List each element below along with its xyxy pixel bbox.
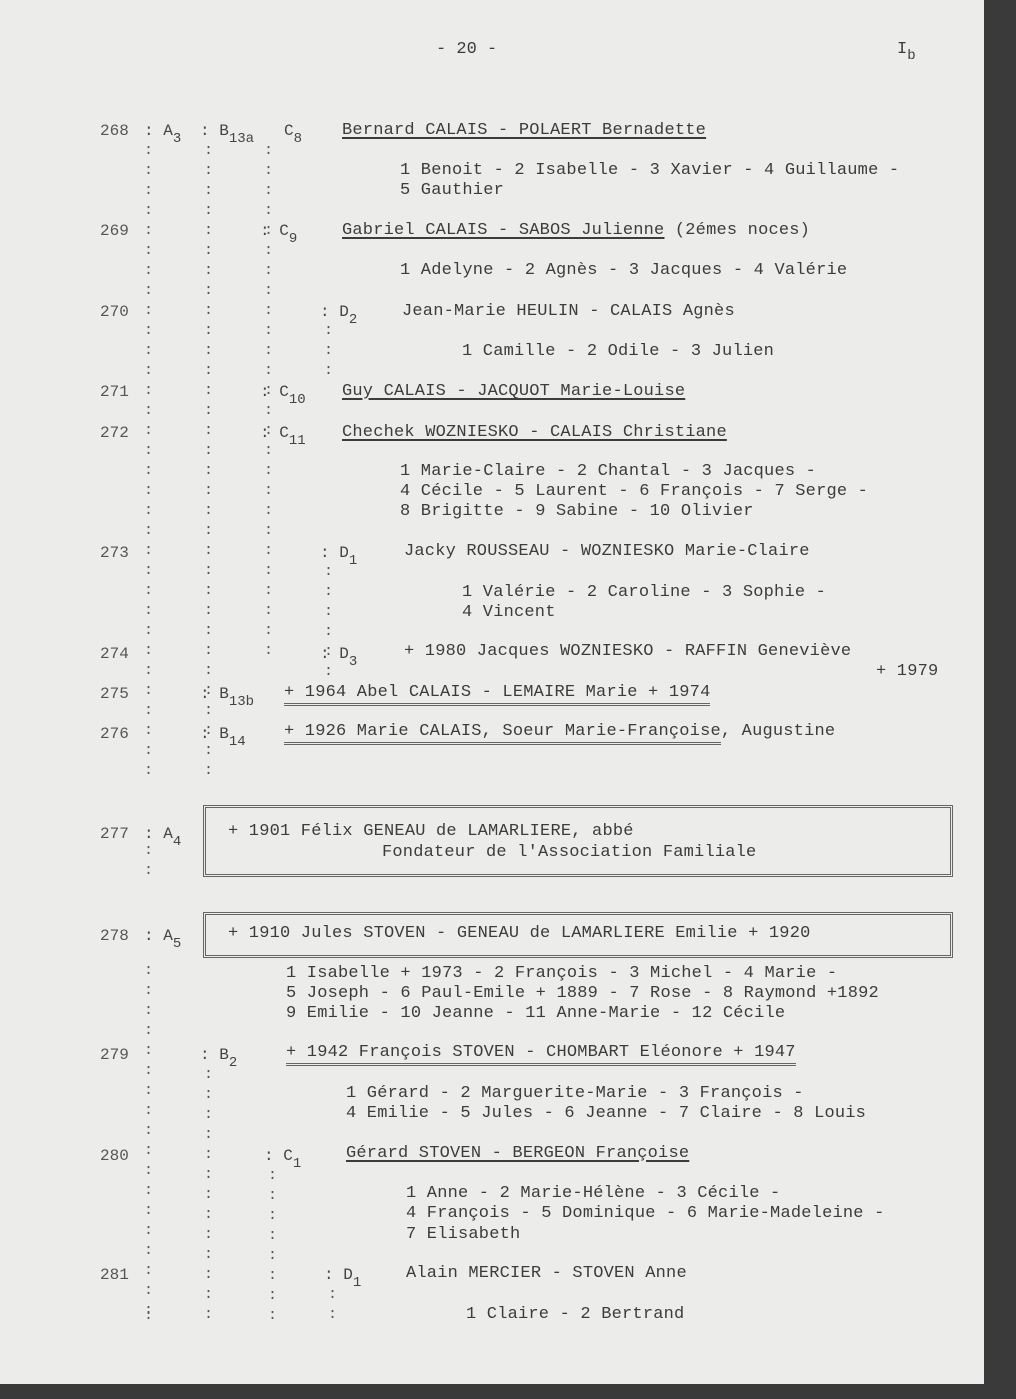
guide-colon: : xyxy=(264,321,273,341)
guide-colon: : xyxy=(264,581,273,601)
entry-number: 273 xyxy=(100,543,129,563)
level-c: C8 xyxy=(284,121,302,149)
entry-number: 271 xyxy=(100,382,129,402)
guide-colon: : xyxy=(324,562,333,582)
guide-colon: : xyxy=(204,321,213,341)
entry-title: Gabriel CALAIS - SABOS Julienne (2émes n… xyxy=(342,221,810,241)
children-line: 9 Emilie - 10 Jeanne - 11 Anne-Marie - 1… xyxy=(286,1004,785,1024)
guide-colon: : xyxy=(264,441,273,461)
guide-colon: : xyxy=(204,501,213,521)
children-line: 1 Camille - 2 Odile - 3 Julien xyxy=(462,342,774,362)
guide-colon: : xyxy=(204,721,213,741)
guide-colon: : xyxy=(144,1201,153,1221)
guide-colon: : xyxy=(324,321,333,341)
guide-colon: : xyxy=(144,581,153,601)
guide-colon: : xyxy=(144,561,153,581)
guide-colon: : xyxy=(264,201,273,221)
guide-colon: : xyxy=(324,582,333,602)
guide-colon: : xyxy=(144,1181,153,1201)
guide-colon: : xyxy=(144,1121,153,1141)
entry-number: 280 xyxy=(100,1146,129,1166)
guide-colon: : xyxy=(204,481,213,501)
guide-colon: : xyxy=(204,381,213,401)
entry-title: Jean-Marie HEULIN - CALAIS Agnès xyxy=(402,302,735,322)
children-line: 1 Anne - 2 Marie-Hélène - 3 Cécile - xyxy=(406,1184,780,1204)
children-line: 5 Joseph - 6 Paul-Emile + 1889 - 7 Rose … xyxy=(286,984,879,1004)
guide-colon: : xyxy=(144,621,153,641)
guide-colon: : xyxy=(268,1286,277,1306)
guide-colon: : xyxy=(204,1185,213,1205)
entry-title: + 1980 Jacques WOZNIESKO - RAFFIN Genevi… xyxy=(404,642,851,662)
entry-number: 274 xyxy=(100,644,129,664)
guide-colon: : xyxy=(264,421,273,441)
guide-colon: : xyxy=(204,1105,213,1125)
guide-colon: : xyxy=(144,601,153,621)
guide-colon: : xyxy=(204,1245,213,1265)
guide-colon: : xyxy=(144,861,153,881)
guide-colon: : xyxy=(268,1186,277,1206)
guide-colon: : xyxy=(144,141,153,161)
guide-colon: : xyxy=(264,241,273,261)
guide-colon: : xyxy=(204,761,213,781)
guide-colon: : xyxy=(144,1021,153,1041)
guide-colon: : xyxy=(144,361,153,381)
guide-colon: : xyxy=(264,301,273,321)
guide-colon: : xyxy=(204,1145,213,1165)
children-line: 8 Brigitte - 9 Sabine - 10 Olivier xyxy=(400,502,754,522)
guide-colon: : xyxy=(264,541,273,561)
guide-colon: : xyxy=(144,1061,153,1081)
guide-colon: : xyxy=(204,1285,213,1305)
guide-colon: : xyxy=(328,1285,337,1305)
entry-title: + 1910 Jules STOVEN - GENEAU de LAMARLIE… xyxy=(228,924,811,944)
guide-colon: : xyxy=(204,1085,213,1105)
guide-colon: : xyxy=(204,341,213,361)
guide-colon: : xyxy=(264,621,273,641)
guide-colon: : xyxy=(328,1305,337,1325)
guide-colon: : xyxy=(264,521,273,541)
entry-number: 277 xyxy=(100,824,129,844)
entry-number: 276 xyxy=(100,724,129,744)
guide-colon: : xyxy=(204,681,213,701)
guide-colon: : xyxy=(144,961,153,981)
guide-colon: : xyxy=(204,421,213,441)
guide-colon: : xyxy=(204,1225,213,1245)
guide-colon: : xyxy=(204,581,213,601)
entry-title: Guy CALAIS - JACQUOT Marie-Louise xyxy=(342,382,685,402)
entry-number: 278 xyxy=(100,926,129,946)
guide-colon: : xyxy=(144,1141,153,1161)
guide-colon: : xyxy=(144,1306,153,1326)
guide-colon: : xyxy=(144,1161,153,1181)
guide-colon: : xyxy=(204,281,213,301)
guide-colon: : xyxy=(324,341,333,361)
entry-title: Chechek WOZNIESKO - CALAIS Christiane xyxy=(342,423,727,443)
guide-colon: : xyxy=(268,1226,277,1246)
guide-colon: : xyxy=(204,241,213,261)
guide-colon: : xyxy=(204,141,213,161)
children-line: 1 Marie-Claire - 2 Chantal - 3 Jacques - xyxy=(400,462,816,482)
guide-colon: : xyxy=(264,141,273,161)
entry-title: + 1901 Félix GENEAU de LAMARLIERE, abbé xyxy=(228,822,634,842)
entry-title-death: + 1979 xyxy=(876,662,938,682)
section-label: Ib xyxy=(897,40,916,64)
children-line: 1 Adelyne - 2 Agnès - 3 Jacques - 4 Valé… xyxy=(400,261,847,281)
children-line: 4 Emilie - 5 Jules - 6 Jeanne - 7 Claire… xyxy=(346,1104,866,1124)
children-line: 4 François - 5 Dominique - 6 Marie-Madel… xyxy=(406,1204,884,1224)
guide-colon: : xyxy=(268,1306,277,1326)
guide-colon: : xyxy=(264,261,273,281)
guide-colon: : xyxy=(204,1205,213,1225)
guide-colon: : xyxy=(144,541,153,561)
guide-colon: : xyxy=(204,261,213,281)
guide-colon: : xyxy=(144,1041,153,1061)
guide-colon: : xyxy=(144,641,153,661)
entry-title: + 1964 Abel CALAIS - LEMAIRE Marie + 197… xyxy=(284,683,710,703)
guide-colon: : xyxy=(264,501,273,521)
guide-colon: : xyxy=(264,361,273,381)
guide-colon: : xyxy=(324,622,333,642)
guide-colon: : xyxy=(144,681,153,701)
guide-colon: : xyxy=(144,161,153,181)
guide-colon: : xyxy=(324,662,333,682)
guide-colon: : xyxy=(204,221,213,241)
entry-title: Jacky ROUSSEAU - WOZNIESKO Marie-Claire xyxy=(404,542,810,562)
entry-number: 281 xyxy=(100,1265,129,1285)
guide-colon: : xyxy=(144,381,153,401)
guide-colon: : xyxy=(204,361,213,381)
guide-colon: : xyxy=(204,701,213,721)
children-line: 1 Claire - 2 Bertrand xyxy=(466,1305,684,1325)
guide-colon: : xyxy=(264,401,273,421)
children-line: 1 Benoit - 2 Isabelle - 3 Xavier - 4 Gui… xyxy=(400,161,899,181)
guide-colon: : xyxy=(264,601,273,621)
guide-colon: : xyxy=(144,1081,153,1101)
guide-colon: : xyxy=(204,561,213,581)
guide-colon: : xyxy=(204,201,213,221)
guide-colon: : xyxy=(204,601,213,621)
guide-colon: : xyxy=(144,1241,153,1261)
level-a: : A5 xyxy=(144,926,181,954)
guide-colon: : xyxy=(144,461,153,481)
guide-colon: : xyxy=(144,401,153,421)
children-line: 4 Cécile - 5 Laurent - 6 François - 7 Se… xyxy=(400,482,868,502)
guide-colon: : xyxy=(144,1221,153,1241)
guide-colon: : xyxy=(144,321,153,341)
guide-colon: : xyxy=(268,1206,277,1226)
entry-number: 272 xyxy=(100,423,129,443)
guide-colon: : xyxy=(204,181,213,201)
guide-colon: : xyxy=(204,401,213,421)
guide-colon: : xyxy=(264,561,273,581)
children-line: 5 Gauthier xyxy=(400,181,504,201)
guide-colon: : xyxy=(264,181,273,201)
guide-colon: : xyxy=(144,301,153,321)
guide-colon: : xyxy=(144,481,153,501)
guide-colon: : xyxy=(264,481,273,501)
guide-colon: : xyxy=(204,661,213,681)
guide-colon: : xyxy=(144,501,153,521)
guide-colon: : xyxy=(144,221,153,241)
guide-colon: : xyxy=(264,161,273,181)
guide-colon: : xyxy=(204,1065,213,1085)
guide-colon: : xyxy=(204,741,213,761)
guide-colon: : xyxy=(204,161,213,181)
guide-colon: : xyxy=(264,461,273,481)
guide-colon: : xyxy=(268,1166,277,1186)
guide-colon: : xyxy=(144,701,153,721)
guide-colon: : xyxy=(204,441,213,461)
guide-colon: : xyxy=(264,341,273,361)
guide-colon: : xyxy=(324,642,333,662)
guide-colon: : xyxy=(144,341,153,361)
guide-colon: : xyxy=(268,1246,277,1266)
guide-colon: : xyxy=(264,221,273,241)
guide-colon: : xyxy=(144,241,153,261)
guide-colon: : xyxy=(268,1266,277,1286)
children-line: 1 Gérard - 2 Marguerite-Marie - 3 Franço… xyxy=(346,1084,804,1104)
entry-title-role: Fondateur de l'Association Familiale xyxy=(382,843,756,863)
guide-colon: : xyxy=(144,1101,153,1121)
children-line: 1 Valérie - 2 Caroline - 3 Sophie - xyxy=(462,583,826,603)
guide-colon: : xyxy=(144,1281,153,1301)
guide-colon: : xyxy=(144,201,153,221)
guide-colon: : xyxy=(204,1125,213,1145)
guide-colon: : xyxy=(144,721,153,741)
entry-number: 269 xyxy=(100,221,129,241)
guide-colon: : xyxy=(204,541,213,561)
guide-colon: : xyxy=(144,441,153,461)
entry-title: Gérard STOVEN - BERGEON Françoise xyxy=(346,1144,689,1164)
guide-colon: : xyxy=(204,1305,213,1325)
guide-colon: : xyxy=(204,461,213,481)
entry-title: + 1942 François STOVEN - CHOMBART Eléono… xyxy=(286,1043,796,1063)
guide-colon: : xyxy=(144,761,153,781)
entry-title: + 1926 Marie CALAIS, Soeur Marie-Françoi… xyxy=(284,722,835,742)
guide-colon: : xyxy=(144,261,153,281)
entry-number: 268 xyxy=(100,121,129,141)
entry-number: 270 xyxy=(100,302,129,322)
entry-number: 275 xyxy=(100,684,129,704)
document-page: - 20 - Ib 268 : A3 : B13a C8 Bernard CAL… xyxy=(0,0,984,1384)
guide-colon: : xyxy=(144,181,153,201)
guide-colon: : xyxy=(204,1265,213,1285)
guide-colon: : xyxy=(144,281,153,301)
guide-colon: : xyxy=(264,381,273,401)
guide-colon: : xyxy=(324,602,333,622)
guide-colon: : xyxy=(144,421,153,441)
guide-colon: : xyxy=(204,621,213,641)
guide-colon: : xyxy=(144,661,153,681)
children-line: 1 Isabelle + 1973 - 2 François - 3 Miche… xyxy=(286,964,837,984)
children-line: 4 Vincent xyxy=(462,603,556,623)
guide-colon: : xyxy=(144,521,153,541)
guide-colon: : xyxy=(144,1261,153,1281)
entry-title: Alain MERCIER - STOVEN Anne xyxy=(406,1264,687,1284)
guide-colon: : xyxy=(324,361,333,381)
guide-colon: : xyxy=(264,641,273,661)
guide-colon: : xyxy=(144,841,153,861)
guide-colon: : xyxy=(264,281,273,301)
page-number: - 20 - xyxy=(436,40,497,59)
guide-colon: : xyxy=(204,301,213,321)
children-line: 7 Elisabeth xyxy=(406,1225,520,1245)
guide-colon: : xyxy=(144,1001,153,1021)
guide-colon: : xyxy=(204,521,213,541)
guide-colon: : xyxy=(144,981,153,1001)
guide-colon: : xyxy=(204,641,213,661)
guide-colon: : xyxy=(144,741,153,761)
guide-colon: : xyxy=(204,1165,213,1185)
entry-title: Bernard CALAIS - POLAERT Bernadette xyxy=(342,121,706,141)
entry-number: 279 xyxy=(100,1045,129,1065)
